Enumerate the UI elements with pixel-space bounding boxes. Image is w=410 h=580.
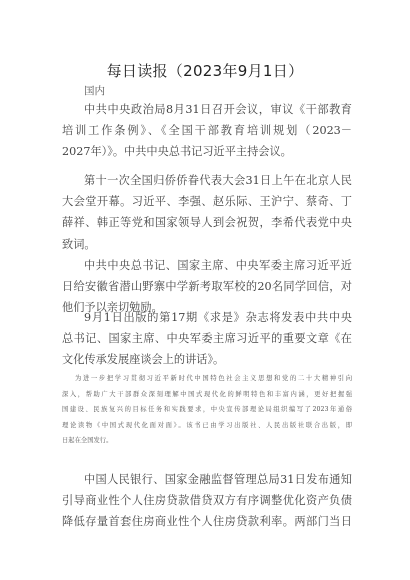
paragraph-line: 日起在全国发行。 — [62, 433, 352, 449]
paragraph-line: 中共中央总书记、国家主席、中央军委主席习近平近 — [62, 255, 352, 276]
paragraph-line: 大会堂开幕。习近平、李强、赵乐际、王沪宁、蔡奇、丁 — [62, 191, 352, 212]
paragraph-line: 培训工作条例》、《全国干部教育培训规划（2023－ — [62, 120, 352, 141]
document-page: 每日读报（2023年9月1日） 国内 中共中央政治局8月31日召开会议，审议《干… — [0, 0, 410, 580]
paragraph-politburo-meeting: 中共中央政治局8月31日召开会议，审议《干部教育 培训工作条例》、《全国干部教育… — [62, 99, 352, 163]
paragraph-theory-reader: 为进一步把学习贯彻习近平新时代中国特色社会主义思想和党的二十大精神引向 深入，帮… — [62, 371, 352, 449]
section-heading: 国内 — [84, 83, 105, 98]
paragraph-line: 9月1日出版的第17期《求是》杂志将发表中共中央 — [62, 307, 352, 328]
paragraph-line: 2027年）》。中共中央总书记习近平主持会议。 — [62, 141, 352, 162]
paragraph-line: 薛祥、韩正等党和国家领导人到会祝贺，李希代表党中央 — [62, 212, 352, 233]
paragraph-line: 引导商业性个人住房贷款借贷双方有序调整优化资产负债 — [62, 490, 352, 511]
paragraph-line: 为进一步把学习贯彻习近平新时代中国特色社会主义思想和党的二十大精神引向 — [62, 371, 352, 387]
paragraph-line: 深入，帮助广大干部群众深刻理解中国式现代化的鲜明特色和丰富内涵，更好把握强 — [62, 387, 352, 403]
paragraph-line: 文化传承发展座谈会上的讲话》。 — [62, 349, 352, 370]
paragraph-line: 降低存量首套住房商业性个人住房贷款利率。两部门当日 — [62, 511, 352, 532]
paragraph-overseas-chinese-congress: 第十一次全国归侨侨眷代表大会31日上午在北京人民 大会堂开幕。习近平、李强、赵乐… — [62, 170, 352, 255]
paragraph-line: 第十一次全国归侨侨眷代表大会31日上午在北京人民 — [62, 170, 352, 191]
paragraph-line: 日给安徽省潜山野寨中学新考取军校的20名同学回信，对 — [62, 276, 352, 297]
paragraph-line: 理论读物《中国式现代化面对面》。该书已由学习出版社、人民出版社联合出版，即 — [62, 418, 352, 434]
paragraph-line: 中共中央政治局8月31日召开会议，审议《干部教育 — [62, 99, 352, 120]
paragraph-line: 致词。 — [62, 234, 352, 255]
paragraph-qiushi-article: 9月1日出版的第17期《求是》杂志将发表中共中央 总书记、国家主席、中央军委主席… — [62, 307, 352, 371]
paragraph-line: 总书记、国家主席、中央军委主席习近平的重要文章《在 — [62, 328, 352, 349]
paragraph-line: 国建设、民族复兴的目标任务和实践要求，中央宣传部理论局组织编写了2023年通俗 — [62, 402, 352, 418]
paragraph-line: 中国人民银行、国家金融监督管理总局31日发布通知 — [62, 469, 352, 490]
page-title: 每日读报（2023年9月1日） — [0, 60, 410, 81]
paragraph-mortgage-rate: 中国人民银行、国家金融监督管理总局31日发布通知 引导商业性个人住房贷款借贷双方… — [62, 469, 352, 533]
